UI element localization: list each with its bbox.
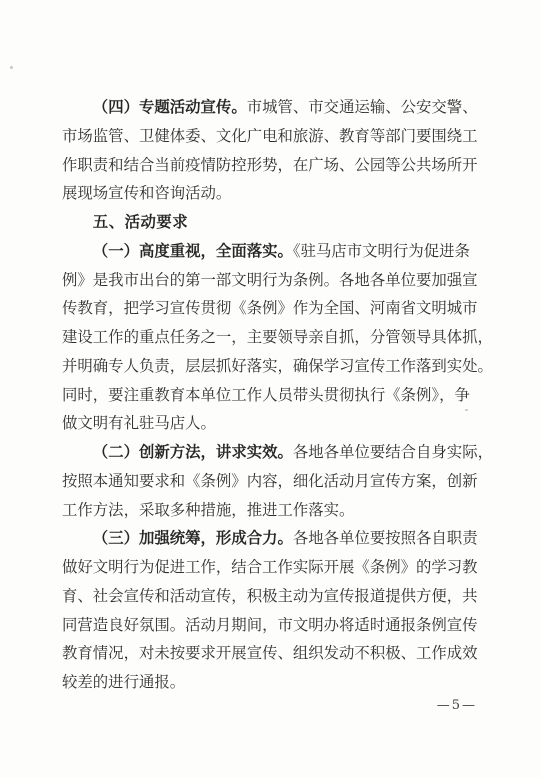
document-line: 按照本通知要求和《条例》内容，细化活动月宣传方案，创新 [62, 467, 479, 496]
body-text: 较差的进行通报。 [62, 673, 185, 691]
document-line: 传教育，把学习宣传贯彻《条例》作为全国、河南省文明城市 [62, 294, 479, 323]
emphasis-text: 五、活动要求 [93, 213, 188, 231]
body-text: 各地各单位要结合自身实际， [293, 443, 493, 461]
body-text: 市城管、市交通运输、公安交警、 [247, 98, 478, 116]
document-line: 并明确专人负责，层层抓好落实，确保学习宣传工作落到实处。 [62, 352, 479, 381]
body-text: 并明确专人负责，层层抓好落实，确保学习宣传工作落到实处。 [62, 357, 493, 375]
document-line: 建设工作的重点任务之一，主要领导亲自抓，分管领导具体抓， [62, 323, 479, 352]
document-line: （一）高度重视，全面落实。《驻马店市文明行为促进条 [62, 237, 479, 266]
body-text: 做文明有礼驻马店人。 [62, 414, 216, 432]
document-line: 市场监管、卫健体委、文化广电和旅游、教育等部门要围绕工 [62, 122, 479, 151]
document-line: 育、社会宣传和活动宣传，积极主动为宣传报道提供方便，共 [62, 582, 479, 611]
emphasis-text: （三）加强统筹，形成合力。 [93, 529, 293, 547]
page-number: —5— [437, 698, 477, 713]
body-text: 例》是我市出台的第一部文明行为条例。各地各单位要加强宣 [62, 271, 478, 289]
document-line: 工作方法，采取多种措施，推进工作落实。 [62, 496, 479, 525]
document-line: 例》是我市出台的第一部文明行为条例。各地各单位要加强宣 [62, 266, 479, 295]
body-text: 工作方法，采取多种措施，推进工作落实。 [62, 501, 354, 519]
emphasis-text: （二）创新方法，讲求实效。 [93, 443, 293, 461]
document-line: 做好文明行为促进工作，结合工作实际开展《条例》的学习教 [62, 553, 479, 582]
document-line: 较差的进行通报。 [62, 668, 479, 697]
document-line: 展现场宣传和咨询活动。 [62, 179, 479, 208]
document-line: 作职责和结合当前疫情防控形势，在广场、公园等公共场所开 [62, 151, 479, 180]
body-text: 做好文明行为促进工作，结合工作实际开展《条例》的学习教 [62, 558, 478, 576]
body-text: 教育情况，对未按要求开展宣传、组织发动不积极、工作成效 [62, 644, 478, 662]
body-text: 传教育，把学习宣传贯彻《条例》作为全国、河南省文明城市 [62, 299, 478, 317]
body-text: 育、社会宣传和活动宣传，积极主动为宣传报道提供方便，共 [62, 587, 478, 605]
body-text: 市场监管、卫健体委、文化广电和旅游、教育等部门要围绕工 [62, 127, 478, 145]
document-line: 教育情况，对未按要求开展宣传、组织发动不积极、工作成效 [62, 639, 479, 668]
emphasis-text: （四）专题活动宣传。 [93, 98, 247, 116]
emphasis-text: （一）高度重视，全面落实。 [93, 242, 293, 260]
body-text: 同营造良好氛围。活动月期间，市文明办将适时通报条例宣传 [62, 616, 478, 634]
body-text: 同时，要注重教育本单位工作人员带头贯彻执行《条例》，争 [62, 386, 470, 404]
document-line: 做文明有礼驻马店人。 [62, 409, 479, 438]
scan-speck [10, 66, 13, 69]
body-text: 展现场宣传和咨询活动。 [62, 184, 231, 202]
document-line: （四）专题活动宣传。市城管、市交通运输、公安交警、 [62, 93, 479, 122]
document-line: 同营造良好氛围。活动月期间，市文明办将适时通报条例宣传 [62, 611, 479, 640]
document-line: 同时，要注重教育本单位工作人员带头贯彻执行《条例》，争 [62, 381, 479, 410]
body-text: 按照本通知要求和《条例》内容，细化活动月宣传方案，创新 [62, 472, 478, 490]
body-text: 各地各单位要按照各自职责 [293, 529, 478, 547]
document-page: （四）专题活动宣传。市城管、市交通运输、公安交警、市场监管、卫健体委、文化广电和… [0, 0, 541, 778]
text-block: （四）专题活动宣传。市城管、市交通运输、公安交警、市场监管、卫健体委、文化广电和… [62, 93, 479, 697]
document-line: （二）创新方法，讲求实效。各地各单位要结合自身实际， [62, 438, 479, 467]
section-heading: 五、活动要求 [62, 208, 479, 237]
body-text: 建设工作的重点任务之一，主要领导亲自抓，分管领导具体抓， [62, 328, 493, 346]
body-text: 《驻马店市文明行为促进条 [293, 242, 470, 260]
document-line: （三）加强统筹，形成合力。各地各单位要按照各自职责 [62, 524, 479, 553]
body-text: 作职责和结合当前疫情防控形势，在广场、公园等公共场所开 [62, 156, 478, 174]
